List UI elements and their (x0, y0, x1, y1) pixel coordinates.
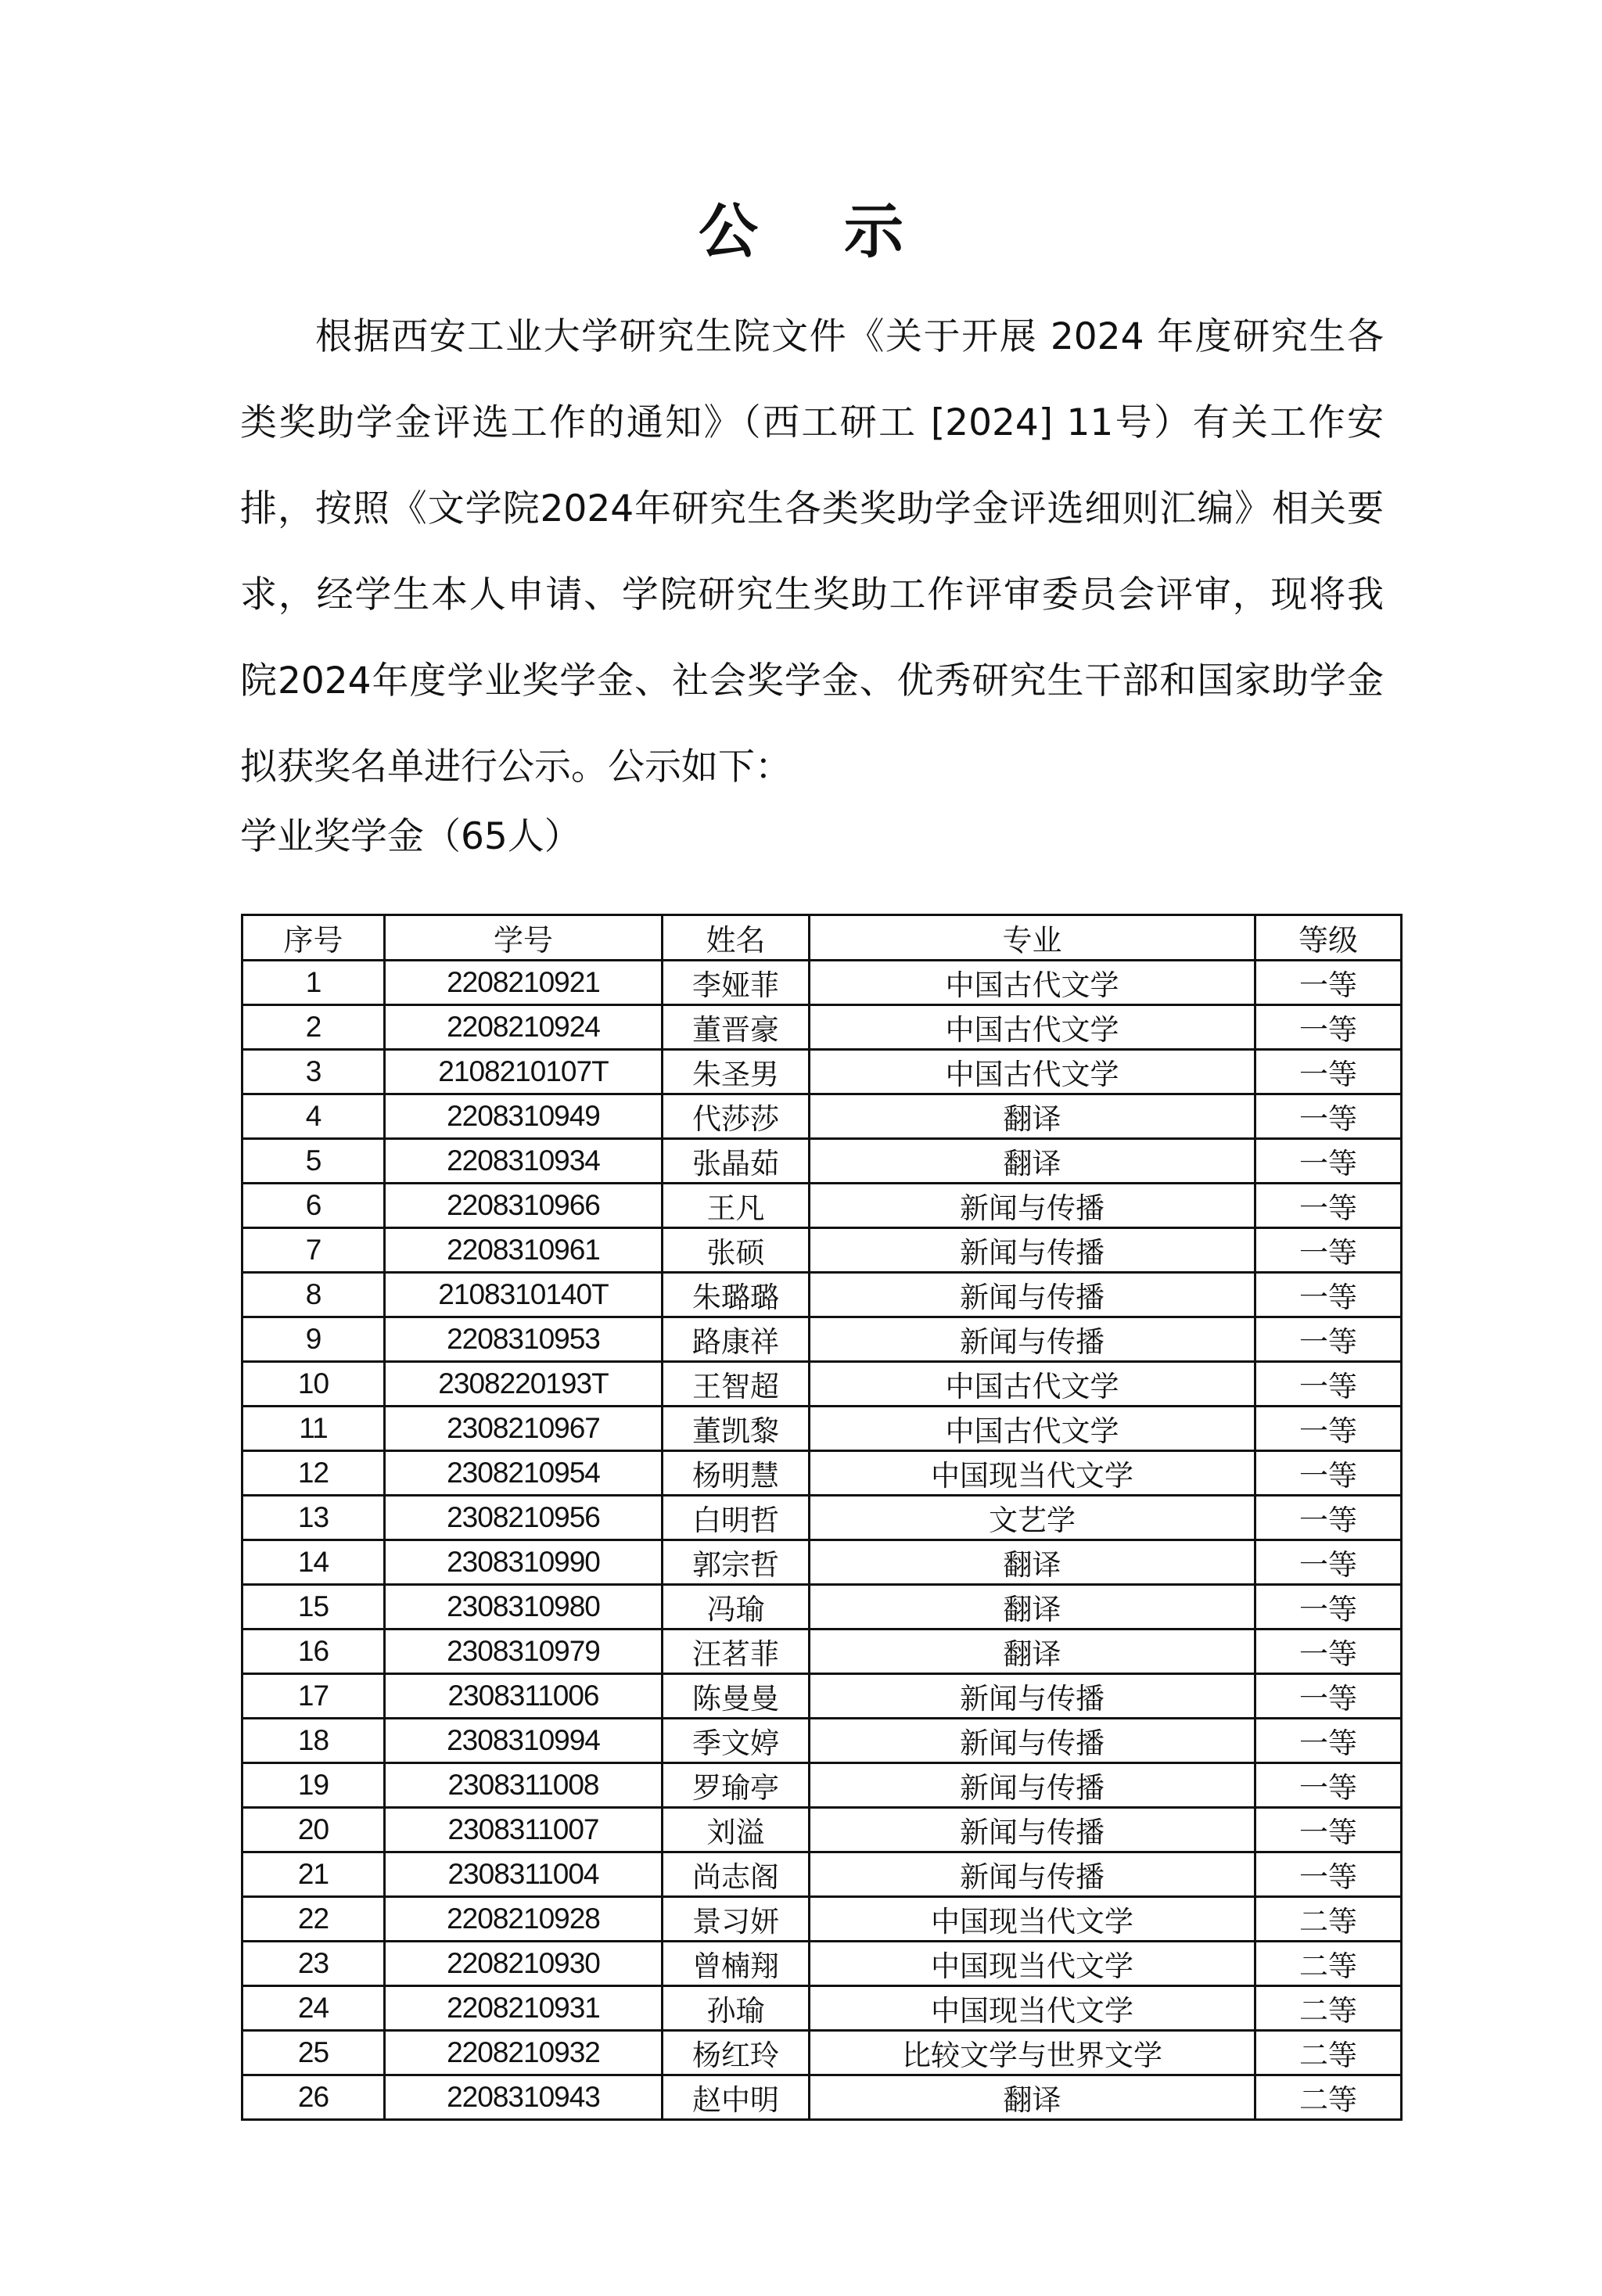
student-name: 刘溢 (663, 1808, 810, 1852)
student-id: 2208310966 (385, 1184, 663, 1228)
student-id: 2208210931 (385, 1986, 663, 2031)
student-id: 2208310943 (385, 2075, 663, 2120)
table-row: 12208210921李娅菲中国古代文学一等 (242, 961, 1402, 1005)
major: 中国现当代文学 (810, 1986, 1255, 2031)
major: 中国古代文学 (810, 961, 1255, 1005)
student-id: 2308311008 (385, 1763, 663, 1808)
column-header-name: 姓名 (663, 915, 810, 961)
table-row: 82108310140T朱璐璐新闻与传播一等 (242, 1273, 1402, 1317)
major: 翻译 (810, 1094, 1255, 1139)
row-index: 15 (242, 1585, 385, 1629)
row-index: 6 (242, 1184, 385, 1228)
row-index: 8 (242, 1273, 385, 1317)
major: 翻译 (810, 1585, 1255, 1629)
award-grade: 一等 (1255, 1852, 1402, 1897)
row-index: 25 (242, 2031, 385, 2075)
table-body: 12208210921李娅菲中国古代文学一等22208210924董晋豪中国古代… (242, 961, 1402, 2120)
award-grade: 一等 (1255, 1005, 1402, 1050)
paragraph-line: 根据西安工业大学研究生院文件《关于开展 2024 年度研究生各 (240, 294, 1384, 380)
major: 新闻与传播 (810, 1184, 1255, 1228)
section-heading: 学业奖学金（65人） (240, 814, 581, 861)
row-index: 26 (242, 2075, 385, 2120)
student-name: 王凡 (663, 1184, 810, 1228)
student-name: 白明哲 (663, 1496, 810, 1540)
row-index: 5 (242, 1139, 385, 1184)
row-index: 16 (242, 1629, 385, 1674)
award-grade: 一等 (1255, 1719, 1402, 1763)
student-name: 郭宗哲 (663, 1540, 810, 1585)
row-index: 23 (242, 1942, 385, 1986)
row-index: 21 (242, 1852, 385, 1897)
award-grade: 一等 (1255, 1763, 1402, 1808)
table-row: 252208210932杨红玲比较文学与世界文学二等 (242, 2031, 1402, 2075)
row-index: 3 (242, 1050, 385, 1094)
award-grade: 一等 (1255, 1184, 1402, 1228)
award-grade: 一等 (1255, 961, 1402, 1005)
table-row: 212308311004尚志阁新闻与传播一等 (242, 1852, 1402, 1897)
student-name: 冯瑜 (663, 1585, 810, 1629)
award-grade: 一等 (1255, 1407, 1402, 1451)
major: 新闻与传播 (810, 1719, 1255, 1763)
row-index: 9 (242, 1317, 385, 1362)
award-grade: 二等 (1255, 1942, 1402, 1986)
award-grade: 二等 (1255, 2075, 1402, 2120)
student-name: 杨红玲 (663, 2031, 810, 2075)
student-name: 路康祥 (663, 1317, 810, 1362)
award-grade: 一等 (1255, 1317, 1402, 1362)
column-header-index: 序号 (242, 915, 385, 961)
student-name: 景习妍 (663, 1897, 810, 1942)
award-grade: 一等 (1255, 1629, 1402, 1674)
student-name: 王智超 (663, 1362, 810, 1407)
student-name: 曾楠翔 (663, 1942, 810, 1986)
student-name: 赵中明 (663, 2075, 810, 2120)
student-id: 2208210930 (385, 1942, 663, 1986)
student-name: 陈曼曼 (663, 1674, 810, 1719)
major: 中国现当代文学 (810, 1451, 1255, 1496)
student-id: 2208310949 (385, 1094, 663, 1139)
major: 比较文学与世界文学 (810, 2031, 1255, 2075)
award-grade: 一等 (1255, 1362, 1402, 1407)
student-name: 张硕 (663, 1228, 810, 1273)
major: 翻译 (810, 1629, 1255, 1674)
row-index: 19 (242, 1763, 385, 1808)
student-id: 2308310994 (385, 1719, 663, 1763)
row-index: 13 (242, 1496, 385, 1540)
row-index: 18 (242, 1719, 385, 1763)
table-row: 72208310961张硕新闻与传播一等 (242, 1228, 1402, 1273)
student-name: 罗瑜亭 (663, 1763, 810, 1808)
student-id: 2208310961 (385, 1228, 663, 1273)
student-name: 朱圣男 (663, 1050, 810, 1094)
award-grade: 一等 (1255, 1050, 1402, 1094)
row-index: 12 (242, 1451, 385, 1496)
award-grade: 一等 (1255, 1674, 1402, 1719)
table-row: 202308311007刘溢新闻与传播一等 (242, 1808, 1402, 1852)
table-row: 162308310979汪茗菲翻译一等 (242, 1629, 1402, 1674)
row-index: 10 (242, 1362, 385, 1407)
student-id: 2208210921 (385, 961, 663, 1005)
student-name: 汪茗菲 (663, 1629, 810, 1674)
row-index: 1 (242, 961, 385, 1005)
major: 中国古代文学 (810, 1407, 1255, 1451)
table-row: 172308311006陈曼曼新闻与传播一等 (242, 1674, 1402, 1719)
row-index: 4 (242, 1094, 385, 1139)
paragraph-line: 拟获奖名单进行公示。公示如下： (240, 724, 1384, 810)
student-name: 董凯黎 (663, 1407, 810, 1451)
award-grade: 一等 (1255, 1094, 1402, 1139)
table-row: 102308220193T王智超中国古代文学一等 (242, 1362, 1402, 1407)
notice-paragraph: 根据西安工业大学研究生院文件《关于开展 2024 年度研究生各 类奖助学金评选工… (240, 294, 1384, 810)
major: 新闻与传播 (810, 1763, 1255, 1808)
major: 文艺学 (810, 1496, 1255, 1540)
table-row: 42208310949代莎莎翻译一等 (242, 1094, 1402, 1139)
row-index: 20 (242, 1808, 385, 1852)
award-grade: 一等 (1255, 1451, 1402, 1496)
table-row: 132308210956白明哲文艺学一等 (242, 1496, 1402, 1540)
student-name: 董晋豪 (663, 1005, 810, 1050)
award-grade: 一等 (1255, 1228, 1402, 1273)
page-title: 公示 (0, 194, 1602, 269)
row-index: 22 (242, 1897, 385, 1942)
award-grade: 一等 (1255, 1139, 1402, 1184)
award-grade: 一等 (1255, 1273, 1402, 1317)
row-index: 24 (242, 1986, 385, 2031)
table-row: 112308210967董凯黎中国古代文学一等 (242, 1407, 1402, 1451)
paragraph-line: 排，按照《文学院2024年研究生各类奖助学金评选细则汇编》相关要 (240, 466, 1384, 552)
major: 新闻与传播 (810, 1273, 1255, 1317)
major: 新闻与传播 (810, 1674, 1255, 1719)
table-row: 152308310980冯瑜翻译一等 (242, 1585, 1402, 1629)
student-name: 李娅菲 (663, 961, 810, 1005)
student-id: 2308311006 (385, 1674, 663, 1719)
scholarship-table: 序号 学号 姓名 专业 等级 12208210921李娅菲中国古代文学一等222… (241, 914, 1403, 2121)
award-grade: 一等 (1255, 1585, 1402, 1629)
table-header-row: 序号 学号 姓名 专业 等级 (242, 915, 1402, 961)
paragraph-line: 求，经学生本人申请、学院研究生奖助工作评审委员会评审，现将我 (240, 552, 1384, 638)
column-header-student-id: 学号 (385, 915, 663, 961)
student-name: 杨明慧 (663, 1451, 810, 1496)
student-id: 2208210924 (385, 1005, 663, 1050)
award-grade: 二等 (1255, 1897, 1402, 1942)
table-row: 32108210107T朱圣男中国古代文学一等 (242, 1050, 1402, 1094)
student-id: 2108210107T (385, 1050, 663, 1094)
award-grade: 一等 (1255, 1808, 1402, 1852)
column-header-major: 专业 (810, 915, 1255, 961)
table-row: 232208210930曾楠翔中国现当代文学二等 (242, 1942, 1402, 1986)
row-index: 14 (242, 1540, 385, 1585)
column-header-grade: 等级 (1255, 915, 1402, 961)
student-id: 2208310934 (385, 1139, 663, 1184)
student-id: 2308310979 (385, 1629, 663, 1674)
table-row: 52208310934张晶茹翻译一等 (242, 1139, 1402, 1184)
student-id: 2208210928 (385, 1897, 663, 1942)
major: 中国古代文学 (810, 1005, 1255, 1050)
student-id: 2308210956 (385, 1496, 663, 1540)
table-row: 262208310943赵中明翻译二等 (242, 2075, 1402, 2120)
major: 新闻与传播 (810, 1808, 1255, 1852)
table-row: 242208210931孙瑜中国现当代文学二等 (242, 1986, 1402, 2031)
student-id: 2308210967 (385, 1407, 663, 1451)
major: 中国现当代文学 (810, 1897, 1255, 1942)
student-name: 朱璐璐 (663, 1273, 810, 1317)
student-id: 2308220193T (385, 1362, 663, 1407)
major: 新闻与传播 (810, 1852, 1255, 1897)
table-row: 142308310990郭宗哲翻译一等 (242, 1540, 1402, 1585)
paragraph-line: 类奖助学金评选工作的通知》（西工研工 [2024] 11号）有关工作安 (240, 380, 1384, 466)
student-id: 2308311004 (385, 1852, 663, 1897)
major: 翻译 (810, 2075, 1255, 2120)
award-grade: 一等 (1255, 1540, 1402, 1585)
student-id: 2308210954 (385, 1451, 663, 1496)
table-row: 182308310994季文婷新闻与传播一等 (242, 1719, 1402, 1763)
award-grade: 二等 (1255, 1986, 1402, 2031)
table-row: 22208210924董晋豪中国古代文学一等 (242, 1005, 1402, 1050)
row-index: 17 (242, 1674, 385, 1719)
student-id: 2208210932 (385, 2031, 663, 2075)
student-name: 尚志阁 (663, 1852, 810, 1897)
student-id: 2308311007 (385, 1808, 663, 1852)
major: 新闻与传播 (810, 1317, 1255, 1362)
major: 中国古代文学 (810, 1050, 1255, 1094)
student-id: 2308310990 (385, 1540, 663, 1585)
student-name: 孙瑜 (663, 1986, 810, 2031)
table-row: 122308210954杨明慧中国现当代文学一等 (242, 1451, 1402, 1496)
major: 翻译 (810, 1540, 1255, 1585)
award-grade: 一等 (1255, 1496, 1402, 1540)
row-index: 11 (242, 1407, 385, 1451)
major: 中国古代文学 (810, 1362, 1255, 1407)
paragraph-line: 院2024年度学业奖学金、社会奖学金、优秀研究生干部和国家助学金 (240, 638, 1384, 724)
student-name: 代莎莎 (663, 1094, 810, 1139)
table-row: 222208210928景习妍中国现当代文学二等 (242, 1897, 1402, 1942)
major: 中国现当代文学 (810, 1942, 1255, 1986)
major: 翻译 (810, 1139, 1255, 1184)
student-id: 2208310953 (385, 1317, 663, 1362)
major: 新闻与传播 (810, 1228, 1255, 1273)
student-name: 张晶茹 (663, 1139, 810, 1184)
table-row: 62208310966王凡新闻与传播一等 (242, 1184, 1402, 1228)
award-grade: 二等 (1255, 2031, 1402, 2075)
row-index: 7 (242, 1228, 385, 1273)
table-row: 92208310953路康祥新闻与传播一等 (242, 1317, 1402, 1362)
row-index: 2 (242, 1005, 385, 1050)
student-name: 季文婷 (663, 1719, 810, 1763)
table-row: 192308311008罗瑜亭新闻与传播一等 (242, 1763, 1402, 1808)
student-id: 2108310140T (385, 1273, 663, 1317)
student-id: 2308310980 (385, 1585, 663, 1629)
